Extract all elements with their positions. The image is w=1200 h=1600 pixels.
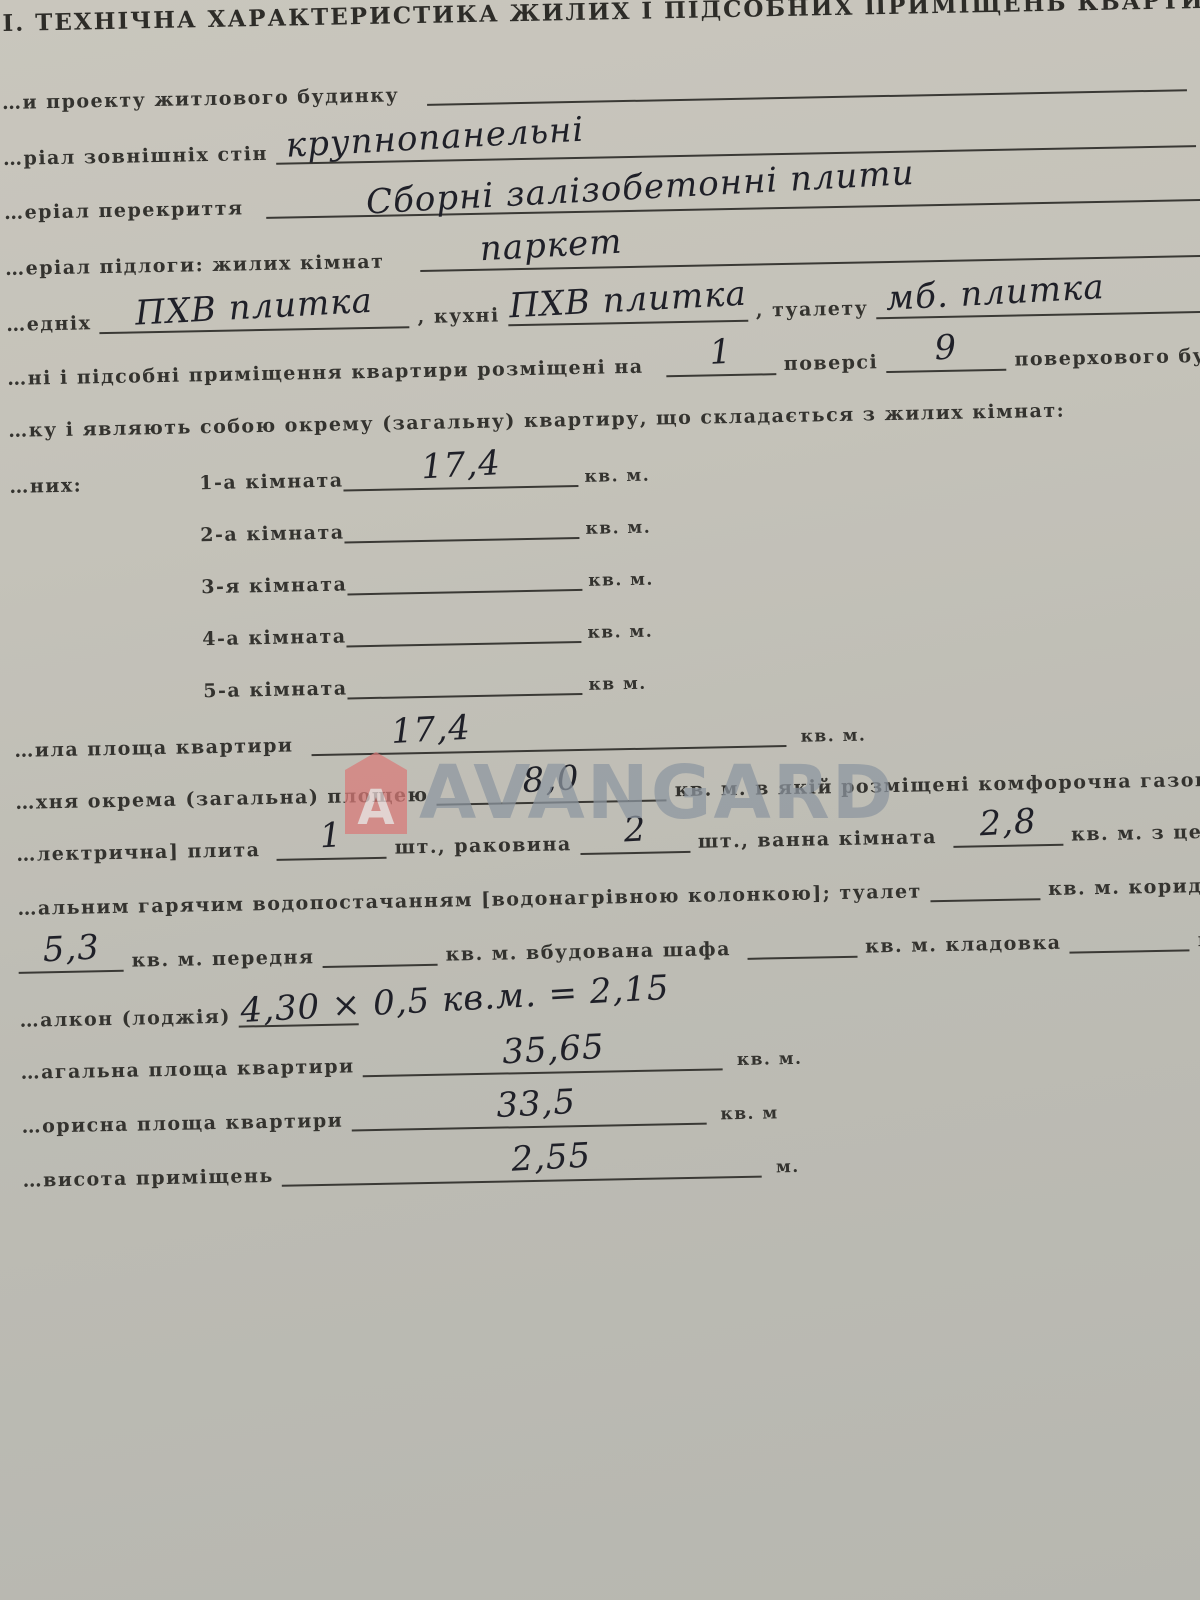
height-field: 2,55: [282, 1154, 762, 1187]
corridor-value: 5,3: [41, 927, 100, 970]
room-row: 5-а кімнатакв м.: [203, 670, 647, 703]
useful-area-field: 33,5: [351, 1101, 706, 1132]
room-label: 4-а кімната: [202, 625, 347, 650]
project-label: …и проекту житлового будинку: [2, 84, 400, 114]
bath-value: 2,8: [978, 801, 1037, 844]
corridor-field: 5,3: [18, 948, 123, 974]
storeys-field: 9: [886, 347, 1006, 373]
finish-row: …едніх ПХВ плитка , кухні ПХВ плитка , т…: [6, 288, 1200, 336]
room-area-field: [347, 567, 582, 596]
kitchen-finish-label: , кухні: [417, 304, 499, 328]
storage-label: кв. м. кладовка: [865, 932, 1062, 958]
hallway-field: [322, 942, 437, 968]
balcony-label: …алкон (лоджія): [19, 1006, 231, 1032]
document-title: І. ТЕХНІЧНА ХАРАКТЕРИСТИКА ЖИЛИХ І ПІДСО…: [2, 0, 1200, 37]
storeys-value: 9: [934, 327, 959, 368]
watermark-text: AVANGARD: [419, 750, 895, 836]
room-area-value: 17,4: [420, 443, 502, 487]
living-area-value: 17,4: [390, 708, 472, 752]
room-label: 2-а кімната: [200, 521, 345, 546]
closet-label: кв. м. вбудована шафа: [445, 938, 731, 965]
kitchen-finish-field: ПХВ плитка: [508, 298, 748, 327]
living-area-label: …ила площа квартири: [14, 735, 294, 762]
floor-value: паркет: [479, 222, 624, 270]
useful-area-unit: кв. м: [720, 1103, 779, 1124]
total-area-value: 35,65: [501, 1027, 605, 1072]
room-row: 3-я кімнатакв. м.: [201, 566, 654, 599]
composition-row: …ку і являють собою окрему (загальну) кв…: [8, 400, 1065, 442]
room-unit: кв. м.: [585, 518, 651, 539]
floor-number-field: 1: [665, 351, 775, 377]
location-label: …ні і підсобні приміщення квартири розмі…: [7, 356, 644, 390]
walls-field: крупнопанельні: [276, 123, 1196, 165]
toilet-finish-value: мб. плитка: [885, 267, 1106, 319]
total-area-field: 35,65: [363, 1046, 723, 1077]
bath-suffix: кв. м. з цен…: [1071, 820, 1200, 845]
stove-label: …лектрична] плита: [16, 839, 260, 866]
room-label: 1-а кімната: [199, 469, 344, 494]
floor-word: поверсі: [784, 351, 879, 375]
room-label: 3-я кімната: [201, 573, 347, 598]
room-area-field: [344, 515, 579, 544]
floor-label: …еріал підлоги: жилих кімнат: [5, 251, 385, 280]
kitchen-finish-value: ПХВ плитка: [508, 274, 748, 327]
living-area-unit: кв. м.: [800, 726, 866, 747]
walls-row: …ріал зовнішніх стін крупнопанельні: [3, 123, 1196, 170]
room-unit: кв. м.: [588, 570, 654, 591]
ceiling-label: …еріал перекриття: [4, 197, 244, 224]
storeys-word: поверхового бу…: [1014, 345, 1200, 371]
useful-area-value: 33,5: [495, 1082, 577, 1126]
room-unit: кв м.: [588, 674, 647, 695]
height-row: …висота приміщень 2,55 м.: [22, 1153, 799, 1192]
total-area-unit: кв. м.: [737, 1049, 803, 1070]
storage-field: [1069, 927, 1189, 953]
hot-water-row: …альним гарячим водопостачанням [водонаг…: [17, 872, 1200, 919]
hall-label: …едніх: [6, 312, 92, 336]
project-row: …и проекту житлового будинку: [2, 67, 1188, 114]
bath-field: 2,8: [953, 822, 1063, 848]
walls-value: крупнопанельні: [285, 110, 585, 166]
useful-area-label: …орисна площа квартири: [21, 1110, 343, 1138]
balcony-row: …алкон (лоджія) 4,30 × 0,5 кв.м. = 2,15: [19, 1001, 359, 1032]
height-unit: м.: [776, 1157, 800, 1177]
total-area-label: …агальна площа квартири: [20, 1055, 354, 1083]
hall-value: ПХВ плитка: [134, 281, 374, 334]
height-label: …висота приміщень: [22, 1165, 274, 1192]
ceiling-value: Сборні залізобетонні плити: [365, 153, 915, 223]
toilet-finish-field: мб. плитка: [876, 288, 1200, 319]
ceiling-row: …еріал перекриття Сборні залізобетонні п…: [4, 177, 1200, 224]
of-them-label: …них:: [9, 475, 82, 498]
room-area-field: 17,4: [343, 463, 578, 492]
room-row: 1-а кімната17,4кв. м.: [199, 462, 650, 495]
height-value: 2,55: [511, 1136, 593, 1180]
corridor-row: 5,3 кв. м. передня кв. м. вбудована шафа…: [18, 926, 1200, 973]
room-row: 4-а кімнатакв. м.: [202, 618, 653, 651]
room-label: 5-а кімната: [203, 677, 348, 702]
closet-field: [747, 934, 857, 960]
stove-value: 1: [319, 815, 344, 856]
hot-water-label: …альним гарячим водопостачанням [водонаг…: [17, 880, 922, 919]
room-unit: кв. м.: [587, 622, 653, 643]
location-row: …ні і підсобні приміщення квартири розмі…: [7, 343, 1200, 390]
hot-water-suffix: кв. м. коридо…: [1048, 874, 1200, 900]
ceiling-field: Сборні залізобетонні плити: [265, 177, 1200, 219]
toilet-finish-label: , туалету: [756, 297, 869, 321]
watermark-logo-icon: A: [345, 752, 407, 834]
project-field: [427, 67, 1187, 106]
walls-label: …ріал зовнішніх стін: [3, 143, 268, 170]
room-area-field: [347, 671, 582, 700]
room-unit: кв. м.: [584, 466, 650, 487]
floor-number-value: 1: [708, 332, 733, 373]
balcony-field: 4,30 × 0,5 кв.м. = 2,15: [239, 1001, 359, 1027]
floor-field: паркет: [420, 233, 1200, 272]
stove-field: 1: [276, 835, 386, 861]
hall-field: ПХВ плитка: [99, 304, 409, 334]
room-area-field: [346, 619, 581, 648]
balcony-value: 4,30 × 0,5 кв.м. = 2,15: [240, 968, 671, 1031]
corridor-label: кв. м. передня: [131, 946, 314, 972]
useful-area-row: …орисна площа квартири 33,5 кв. м: [21, 1099, 778, 1138]
toilet-area-field: [930, 876, 1040, 902]
total-area-row: …агальна площа квартири 35,65 кв. м.: [20, 1045, 802, 1084]
watermark: A AVANGARD: [345, 748, 895, 838]
room-row: 2-а кімнатакв. м.: [200, 514, 651, 547]
